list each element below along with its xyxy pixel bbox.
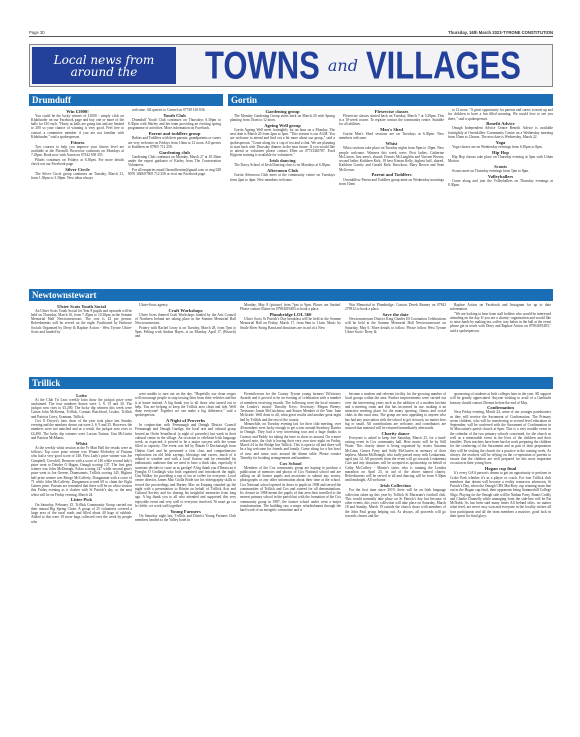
article-paragraph: For the first time since 2019, there wil… [345, 488, 446, 518]
article-paragraph: Two courses to help you improve your fit… [31, 145, 124, 158]
article-paragraph: For all enquiries email flaxmillcentre@g… [128, 168, 221, 177]
article-paragraph: welcome. All queries to Carmel on 07749 … [128, 108, 221, 112]
article-paragraph: On Saturday night last, Trillick and Dis… [135, 514, 236, 523]
banner-tagline-line1: Local news from [32, 54, 176, 66]
article-paragraph: Members of the Cox community group are h… [240, 466, 341, 513]
newtownstewart-column-5: Raphoe Action on Facebook and Instagram … [450, 303, 551, 333]
banner-title: TOWNS and VILLAGES [176, 48, 550, 84]
article-paragraph: to 12 noon. "A great opportunity for par… [448, 108, 553, 121]
article-paragraph: Drumduff Youth Club continues on Thursda… [128, 118, 221, 131]
article-paragraph: The Silver Circle group continues on Tue… [31, 172, 124, 181]
article-paragraph: The Darcy School of Irish Dancing class … [230, 163, 335, 167]
article-paragraph: Come along and join the Volleyballers on… [448, 179, 553, 188]
article-paragraph: Pilates continues on Fridays at 6.30pm. … [31, 158, 124, 167]
article-paragraph: "We are looking to hear from stall holde… [450, 312, 551, 333]
article-paragraph: Ulster Scots themed Craft Workshops fund… [135, 313, 236, 326]
trillick-column-4: became a modern and relevant facility fo… [345, 392, 446, 518]
article-paragraph: Yoga classes are on Wednesday evenings f… [448, 145, 553, 149]
section-header-trillick: Trillick [29, 377, 553, 389]
banner-word-and: and [328, 56, 358, 75]
gortin-column-2: Flexercise classesFlexercise classes sta… [339, 108, 444, 186]
banner-tagline-line2: around the [32, 66, 176, 78]
section-header-newtownstewart: Newtownstewart [29, 289, 553, 301]
article-paragraph: You could be the lucky winner of £1000 -… [31, 114, 124, 140]
article-paragraph: At the weekly whist session in the Fr Ma… [31, 446, 132, 497]
banner-word-towns: TOWNS [205, 43, 320, 88]
newtownstewart-column-1: Ulster Scots Youth SocialAn Ulster Scots… [31, 303, 132, 334]
drumduff-column-2: welcome. All queries to Carmel on 07749 … [128, 108, 221, 176]
article-paragraph: An Ulster Scots Youth Social for Year 8 … [31, 309, 132, 335]
section-header-gortin: Gortin [228, 94, 553, 106]
towns-and-villages-banner: Local news from around the TOWNS and VIL… [29, 44, 553, 87]
article-paragraph: sponsoring of students at Irish colleges… [450, 392, 551, 405]
article-paragraph: Cox O Dwyer's lotto draw of the year too… [31, 419, 132, 440]
article-paragraph: Owenkillew Parent and Toddlers group mee… [339, 178, 444, 187]
trillick-column-2: were unable to turn out on the day. "Hop… [135, 392, 236, 522]
article-paragraph: Omagh Independent Advice Centre Benefit … [448, 126, 553, 139]
article-paragraph: Fivemiletown for the County Tyrone young… [240, 392, 341, 422]
drumduff-column-1: Win £1000!You could be the lucky winner … [31, 108, 124, 180]
dateline: Thursday, 16th March 2023-TYRONE CONSTIT… [448, 30, 553, 35]
gortin-column-3: to 12 noon. "A great opportunity for par… [448, 108, 553, 188]
article-paragraph: Gardening Club continues on Monday, Marc… [128, 155, 221, 168]
banner-word-villages: VILLAGES [366, 43, 521, 88]
page-header: Page 30 Thursday, 16th March 2023-TYRONE… [29, 29, 553, 37]
article-paragraph: Pottery with Rachel Leary is on Tuesday,… [135, 326, 236, 339]
page-number: Page 30 [29, 30, 45, 35]
article-paragraph: Ulster-Scots agency. [135, 303, 236, 307]
newtownstewart-column-3: Monday, May 8 (picture) from 7pm to 9pm.… [240, 303, 341, 330]
article-paragraph: Scouts meet on Thursday evenings from 7p… [448, 169, 553, 173]
section-header-drumduff: Drumduff [29, 94, 223, 106]
article-paragraph: Raphoe Action on Facebook and Instagram … [450, 303, 551, 312]
newtownstewart-column-2: Ulster-Scots agency.Craft WorkshopsUlste… [135, 303, 236, 338]
article-paragraph: In conjunction with Fermanagh and Omagh … [135, 423, 236, 508]
newtownstewart-column-4: War Memorial in Plumbridge. Contact Dere… [345, 303, 446, 334]
article-paragraph: Flexercise classes started back on Tuesd… [339, 114, 444, 127]
article-paragraph: Gortin Afternoon Club meet at the commun… [230, 173, 335, 182]
article-paragraph: were unable to turn out on the day. "Hop… [135, 392, 236, 418]
article-paragraph: War Memorial in Plumbridge. Contact Dere… [345, 303, 446, 312]
article-paragraph: Babies and Toddlers with their parents, … [128, 136, 221, 149]
article-paragraph: Everyone is asked to keep free Saturday,… [345, 436, 446, 483]
article-paragraph: Newtownstewart District King Charles III… [345, 317, 446, 334]
trillick-column-3: Fivemiletown for the County Tyrone young… [240, 392, 341, 512]
article-paragraph: The Monday Gardening Group starts back o… [230, 114, 335, 123]
trillick-column-1: LottoAt the Club Tri Leac weekly lotto d… [31, 392, 132, 524]
article-paragraph: Hip Hop classes take place on Thursday e… [448, 155, 553, 164]
gortin-column-1: Gardening groupThe Monday Gardening Grou… [230, 108, 335, 182]
article-paragraph: Monday, May 8 (picture) from 7pm to 9pm.… [240, 303, 341, 312]
article-paragraph: On Saturday, February 25, Trillick Commu… [31, 503, 132, 524]
article-paragraph: It's every GAA person's dream to get an … [450, 471, 551, 518]
article-paragraph: At the Club Tri Leac weekly lotto draw t… [31, 398, 132, 419]
article-paragraph: Ulster Scots St Patrick's Day breakfast … [240, 317, 341, 330]
trillick-column-5: sponsoring of students at Irish colleges… [450, 392, 551, 518]
banner-tagline: Local news from around the [32, 47, 176, 84]
article-paragraph: Gortin Men's Shed sessions are on Tuesda… [339, 132, 444, 141]
article-paragraph: Gortin Ageing Well meet fortnightly for … [230, 128, 335, 158]
article-paragraph: became a modern and relevant facility fo… [345, 392, 446, 430]
article-paragraph: Whist sessions take place on Tuesday nig… [339, 146, 444, 172]
article-paragraph: Meanwhile, on Tuesday evening last for t… [240, 422, 341, 460]
article-paragraph: Next Friday evening, March 24, some of o… [450, 410, 551, 465]
